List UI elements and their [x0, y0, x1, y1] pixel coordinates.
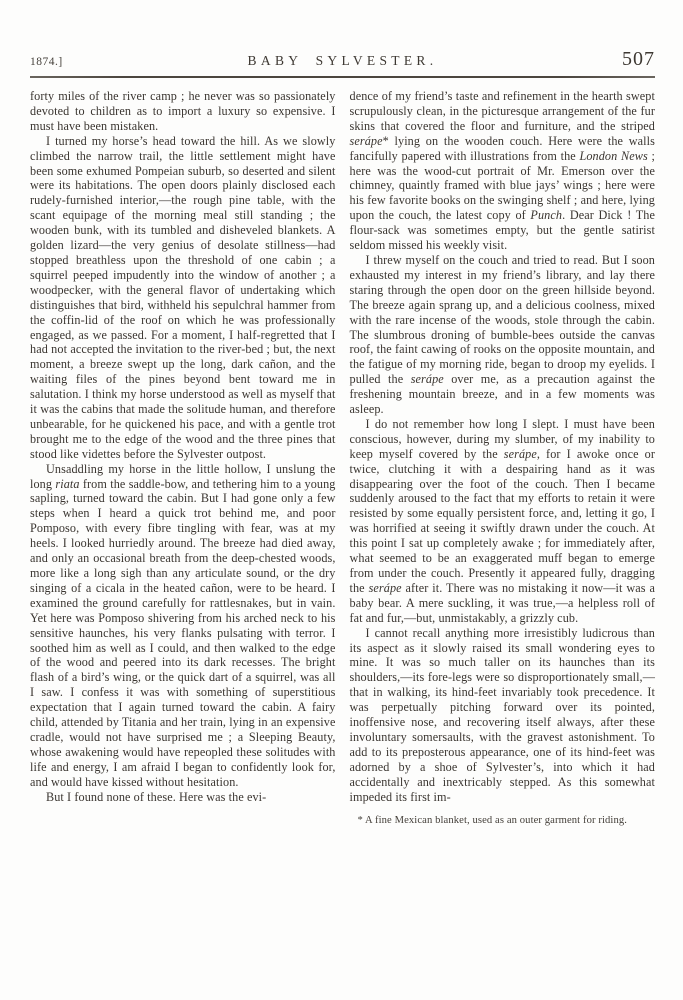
- text-segment: I threw myself on the couch and tried to…: [350, 253, 656, 386]
- header-year: 1874.]: [30, 56, 120, 68]
- text-columns: forty miles of the river camp ; he never…: [30, 89, 655, 827]
- text-segment: forty miles of the river camp ; he never…: [30, 89, 336, 133]
- left-column: forty miles of the river camp ; he never…: [30, 89, 336, 827]
- text-segment: But I found none of these. Here was the …: [46, 790, 266, 804]
- text-segment: from the saddle-bow, and tethering him t…: [30, 477, 336, 789]
- text-segment: * A fine Mexican blanket, used as an out…: [358, 815, 628, 826]
- paragraph: I turned my horse’s head toward the hill…: [30, 134, 336, 462]
- footnote: * A fine Mexican blanket, used as an out…: [350, 814, 656, 827]
- paragraph: dence of my friend’s taste and refinemen…: [350, 89, 656, 253]
- paragraph: I threw myself on the couch and tried to…: [350, 253, 656, 417]
- book-page: 1874.] BABY SYLVESTER. 507 forty miles o…: [0, 0, 683, 1000]
- italic-term: serápe: [411, 372, 444, 386]
- italic-term: serápe: [350, 134, 383, 148]
- italic-term: Punch: [530, 208, 562, 222]
- header-rule: [30, 76, 655, 78]
- paragraph: Unsaddling my horse in the little hollow…: [30, 462, 336, 790]
- paragraph: forty miles of the river camp ; he never…: [30, 89, 336, 134]
- text-segment: dence of my friend’s taste and refinemen…: [350, 89, 656, 133]
- right-column: dence of my friend’s taste and refinemen…: [350, 89, 656, 827]
- italic-term: serápe: [369, 581, 402, 595]
- italic-term: London News: [579, 149, 647, 163]
- italic-term: serápe: [504, 447, 537, 461]
- paragraph: I do not remember how long I slept. I mu…: [350, 417, 656, 626]
- page-number: 507: [565, 48, 655, 71]
- page-title: BABY SYLVESTER.: [120, 53, 565, 69]
- text-segment: , for I awoke once or twice, clutching i…: [350, 447, 656, 595]
- paragraph: I cannot recall anything more irresistib…: [350, 626, 656, 805]
- text-segment: I cannot recall anything more irresistib…: [350, 626, 656, 804]
- paragraph: But I found none of these. Here was the …: [30, 790, 336, 805]
- running-head: 1874.] BABY SYLVESTER. 507: [30, 48, 655, 70]
- text-segment: I turned my horse’s head toward the hill…: [30, 134, 336, 461]
- italic-term: riata: [55, 477, 79, 491]
